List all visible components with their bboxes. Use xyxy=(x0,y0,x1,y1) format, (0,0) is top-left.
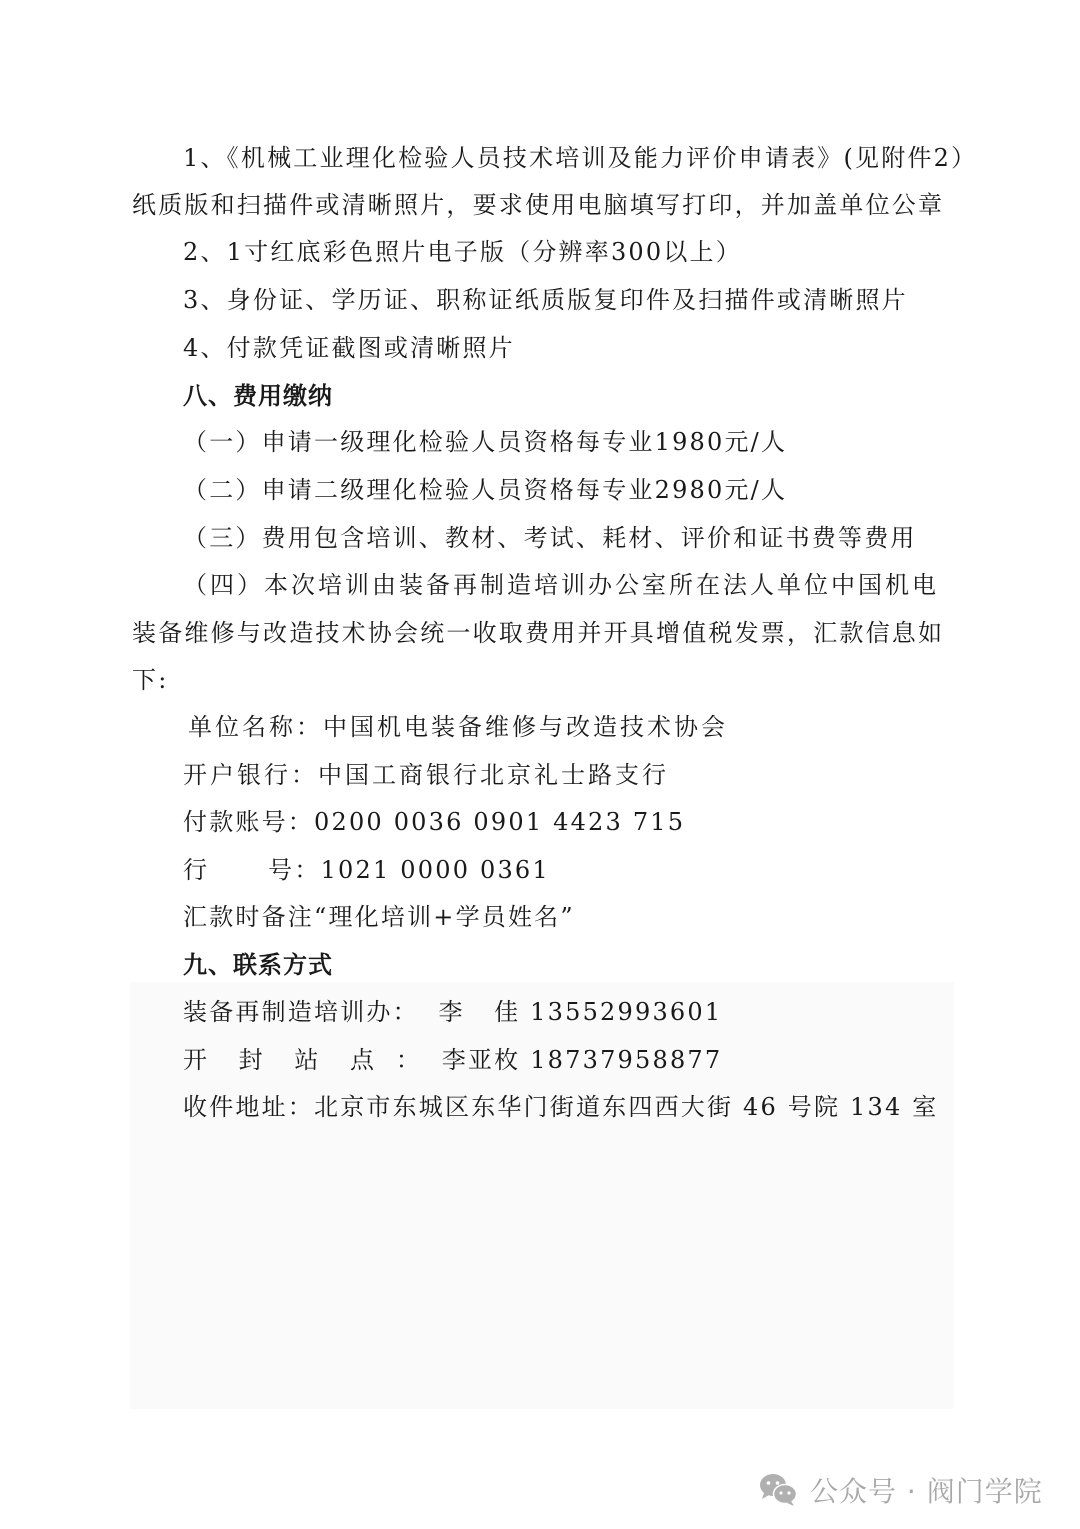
requirement-item-3: 3、身份证、学历证、职称证纸质版复印件及扫描件或清晰照片 xyxy=(183,284,908,316)
requirement-item-2: 2、1寸红底彩色照片电子版（分辨率300以上） xyxy=(183,236,742,268)
requirement-item-1-continued: 纸质版和扫描件或清晰照片，要求使用电脑填写打印，并加盖单位公章 xyxy=(132,189,944,221)
requirement-item-1: 1、《机械工业理化检验人员技术培训及能力评价申请表》(见附件2） xyxy=(183,142,977,174)
fee-item-collection: （四）本次培训由装备再制造培训办公室所在法人单位中国机电 xyxy=(183,569,939,601)
wechat-icon xyxy=(758,1472,798,1508)
payment-remark: 汇款时备注“理化培训+学员姓名” xyxy=(183,901,575,933)
payee-account: 付款账号：0200 0036 0901 4423 715 xyxy=(183,806,685,838)
watermark: 公众号 · 阀门学院 xyxy=(758,1470,1043,1510)
fee-item-collection-continued: 装备维修与改造技术协会统一收取费用并开具增值税发票，汇款信息如 xyxy=(132,617,944,649)
contact-kaifeng-station: 开 封 站 点 ： 李亚枚 18737958877 xyxy=(183,1044,722,1076)
payee-bank-number: 行 号：1021 0000 0361 xyxy=(183,854,550,886)
fee-item-collection-end: 下: xyxy=(132,664,169,696)
contact-mailing-address: 收件地址：北京市东城区东华门街道东四西大街 46 号院 134 室 xyxy=(183,1091,938,1123)
fee-item-includes: （三）费用包含培训、教材、考试、耗材、评价和证书费等费用 xyxy=(183,522,917,554)
section-heading-contact: 九、联系方式 xyxy=(183,949,333,981)
requirement-item-4: 4、付款凭证截图或清晰照片 xyxy=(183,332,515,364)
payee-name: 单位名称：中国机电装备维修与改造技术协会 xyxy=(188,711,728,743)
payee-bank: 开户银行：中国工商银行北京礼士路支行 xyxy=(183,759,669,791)
watermark-text: 公众号 · 阀门学院 xyxy=(810,1470,1043,1510)
fee-item-level1: （一）申请一级理化检验人员资格每专业1980元/人 xyxy=(183,426,787,458)
contact-training-office: 装备再制造培训办： 李 佳 13552993601 xyxy=(183,996,722,1028)
fee-item-level2: （二）申请二级理化检验人员资格每专业2980元/人 xyxy=(183,474,787,506)
section-heading-fees: 八、费用缴纳 xyxy=(183,380,333,412)
